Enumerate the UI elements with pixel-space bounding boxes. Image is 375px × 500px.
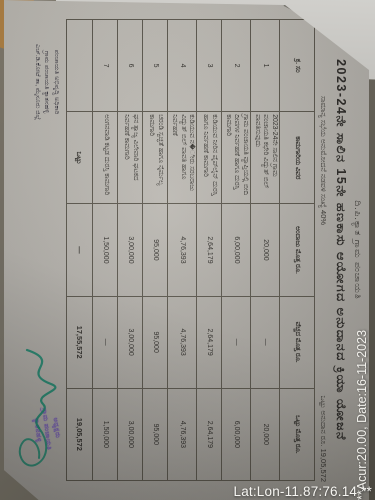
stamp-and-signature: ಅಧ್ಯಕ್ಷರು ಗ್ರಾಮ ಪಂಚಾಯತಿ ಕ್ಯಾತನಹಳ್ಳಿ: [21, 326, 61, 476]
header-work-detail: ಕಾಮಗಾರಿಯ ವಿವರ: [280, 112, 315, 204]
header-slno: ಕ್ರ. ಸಂ: [280, 20, 315, 112]
table-row: 6 ಘನ ತ್ಯಾಜ್ಯ ವಿಲೇವಾರಿ ಘಟಕದ ನಿರ್ವಹಣೆ ಕಾಮಗ…: [118, 20, 143, 481]
header-estimate: ಅಂದಾಜು ಮೊತ್ತ ರೂ.: [280, 204, 315, 296]
photo-of-document: { "photo_overlay": { "bottom_text": "Lat…: [0, 0, 375, 500]
total-grant-note: ಒಟ್ಟು ಅನುದಾನ ರೂ. 19,05,572: [318, 396, 328, 482]
document-paper: ದಿ.ಪಿ.ಕ್ಯಾತ ಗ್ರಾಮ ಪಂಚಾಯತಿ 2023-24ನೇ ಸಾಲಿ…: [4, 0, 369, 500]
document-subtitle-row: ಸಾಮಾನ್ಯ ಸಭೆಯ ಅನುಮೋದನೆ ನಡವಳಿ ಸಂಖ್ಯೆ 40% ಒ…: [318, 96, 328, 482]
table-row: 5 ಚರಂಡಿ ಸ್ವಚ್ಛತೆ ಹಾಗೂ ನೈರ್ಮಲ್ಯ ಕಾಮಗಾರಿ 9…: [143, 20, 168, 481]
table-row: 7 ಅಂಗನವಾಡಿ ಕಟ್ಟಡ ದುರಸ್ತಿ ಕಾಮಗಾರಿ 1,50,00…: [93, 20, 118, 481]
signature-area: ಪಂಚಾಯತಿ ಅಭಿವೃದ್ಧಿ ಅಧಿಕಾರಿ ಗ್ರಾಮ ಪಂಚಾಯತಿ …: [21, 44, 61, 476]
header-total: ಒಟ್ಟು ಮೊತ್ತ ರೂ.: [280, 388, 315, 480]
rotated-document-content: ದಿ.ಪಿ.ಕ್ಯಾತ ಗ್ರಾಮ ಪಂಚಾಯತಿ 2023-24ನೇ ಸಾಲಿ…: [8, 10, 366, 490]
header-expenditure: ವೆಚ್ಚದ ಮೊತ್ತ ರೂ.: [280, 296, 315, 388]
green-ink-signature: [11, 332, 73, 482]
table-row: 3 ಕುಡಿಯುವ ನೀರಿನ ಪೈಪ್‌ಲೈನ್ ದುರಸ್ತಿ ಹಾಗೂ ನ…: [197, 20, 222, 481]
table-header-row: ಕ್ರ. ಸಂ ಕಾಮಗಾರಿಯ ವಿವರ ಅಂದಾಜು ಮೊತ್ತ ರೂ. ವ…: [280, 20, 315, 481]
table-row: 1 2023-24ನೇ ಸಾಲಿನ ಗ್ರಾಮ ಪಂಚಾಯತಿ ಕಛೇರಿ ವಿ…: [251, 20, 280, 481]
table-row: 2 ಗ್ರಾಮ ಪಂಚಾಯತಿ ವ್ಯಾಪ್ತಿಯಲ್ಲಿ ಬೀದಿ ದೀಪಗಳ…: [222, 20, 251, 481]
document-title: 2023-24ನೇ ಸಾಲಿನ 15ನೇ ಹಣಕಾಸು ಆಯೋಗದ ಅನುದಾನ…: [333, 10, 348, 490]
total-label: ಒಟ್ಟು: [67, 112, 93, 204]
approval-note: ಸಾಮಾನ್ಯ ಸಭೆಯ ಅನುಮೋದನೆ ನಡವಳಿ ಸಂಖ್ಯೆ 40%: [318, 96, 328, 225]
gps-overlay-bottom-text: Lat:Lon-11.87:76.14 **: [233, 484, 372, 499]
officer-signatory-block: ಪಂಚಾಯತಿ ಅಭಿವೃದ್ಧಿ ಅಧಿಕಾರಿ ಗ್ರಾಮ ಪಂಚಾಯತಿ …: [21, 44, 61, 120]
action-plan-table: ಕ್ರ. ಸಂ ಕಾಮಗಾರಿಯ ವಿವರ ಅಂದಾಜು ಮೊತ್ತ ರೂ. ವ…: [66, 19, 315, 481]
gps-overlay-side-text: **Acur:20.00, Date:16-11-2023: [355, 250, 369, 500]
table-row: 4 ಕುಡಿಯುವ ನ�ೀರು ಸರಬರಾಜು ವಿದ್ಯುತ್ ಬಿಲ್ ಪಾ…: [168, 20, 197, 481]
